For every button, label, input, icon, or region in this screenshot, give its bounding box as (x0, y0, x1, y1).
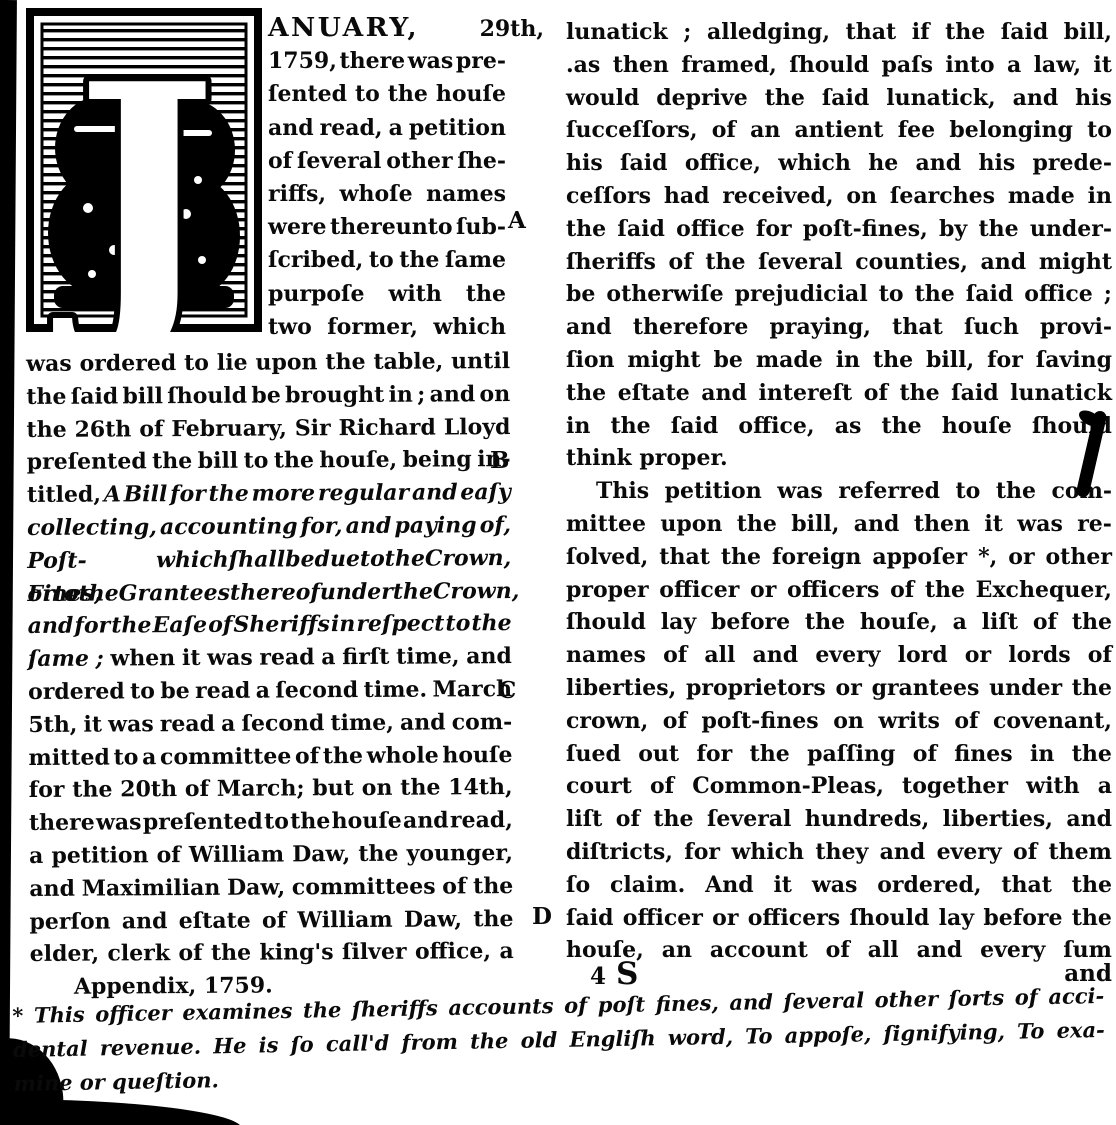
text-line: preſentedthebilltothehouſe,beingin- (27, 443, 511, 479)
word: counties, (855, 246, 968, 279)
word: the (899, 377, 939, 410)
word: Richard (339, 411, 436, 444)
word: being (403, 444, 472, 477)
word: a (499, 935, 513, 968)
word: ſaid (71, 380, 119, 413)
word: ſaid (566, 902, 613, 935)
word: word, (668, 1021, 734, 1055)
word: with (1026, 770, 1079, 803)
word: provi- (1040, 311, 1112, 344)
word: preſented (27, 446, 147, 480)
scan-edge-border (0, 0, 17, 1125)
word: lords (1008, 639, 1070, 672)
word: and (916, 147, 962, 180)
word: ſearches (890, 180, 995, 213)
word: into (945, 49, 994, 82)
word: be (566, 278, 595, 311)
word: William (189, 838, 284, 871)
word: the (79, 577, 119, 610)
text-line: .asthenframed,ſhouldpaſsintoalaw,it (566, 49, 1112, 82)
word: lunatick, (886, 82, 995, 115)
word: if (912, 16, 930, 49)
word: might (1039, 246, 1112, 279)
word: ſaid (966, 278, 1013, 311)
word: in (1030, 738, 1054, 771)
word: officers (748, 902, 840, 935)
word: be (285, 543, 315, 576)
word: the (750, 738, 790, 771)
word: might (627, 344, 700, 377)
word: 5th, (28, 708, 77, 741)
text-line: wasorderedtolieuponthetable,until (26, 345, 510, 381)
word: ſhould (849, 902, 929, 935)
word: ſo (566, 869, 590, 902)
word: names (426, 178, 506, 211)
word: 26th (74, 413, 131, 446)
word: framed, (681, 49, 777, 82)
word: under (989, 672, 1062, 705)
word: table, (373, 345, 443, 378)
dropcap-letter: J (52, 18, 217, 332)
word: fines (954, 738, 1012, 771)
word: of (954, 705, 978, 738)
word: was (26, 348, 72, 381)
word: elder, (30, 938, 100, 971)
text-line: ſionmightbemadeinthebill,forſaving (566, 344, 1112, 377)
word: the (358, 838, 398, 871)
word: fines, (655, 987, 719, 1021)
word: before (711, 606, 790, 639)
word: February, (171, 412, 287, 446)
word: out (638, 738, 679, 771)
word: the (325, 346, 365, 379)
word: of (1014, 981, 1038, 1014)
word: foreign (772, 541, 861, 574)
word: appoſer (872, 541, 967, 574)
text-line: properofficerorofficersoftheExchequer, (566, 574, 1112, 607)
word: ſhe- (457, 145, 506, 178)
word: were (268, 211, 327, 244)
word: which (731, 836, 804, 869)
word: ſorts (948, 982, 1004, 1016)
text-line: 1759,therewaspre- (268, 45, 506, 78)
word: ; (1104, 278, 1112, 311)
word: under- (1030, 213, 1112, 246)
word: the (111, 610, 151, 643)
word: ſaid (1001, 16, 1048, 49)
word: Exchequer, (976, 574, 1112, 607)
word: covenant, (993, 705, 1112, 738)
word: and (466, 640, 512, 673)
word: to (1087, 114, 1112, 147)
word: proper (566, 574, 649, 607)
word: read, (320, 112, 383, 145)
word: Daw, (227, 871, 285, 904)
word: it (1093, 49, 1112, 82)
word: of (262, 904, 286, 937)
text-line: ortotheGranteesthereofundertheCrown, (27, 575, 511, 611)
word: Sir (295, 412, 331, 445)
word: the (996, 475, 1036, 508)
text-line: woulddeprivetheſaidlunatick,andhis (566, 82, 1112, 115)
text-line: the26thofFebruary,SirRichardLloyd (26, 411, 510, 447)
text-line: ſentedtothehouſe (268, 78, 506, 111)
word: pre- (456, 45, 506, 78)
word: on (833, 705, 864, 738)
word: of (663, 705, 687, 738)
word: A (104, 479, 121, 512)
word: whoſe (340, 178, 413, 211)
word: mitted (28, 741, 110, 774)
word: Crown, (433, 575, 520, 608)
word: is (258, 1029, 278, 1062)
text-line: ſucceſſors,ofanantientfeebelongingto (566, 114, 1112, 147)
word: time, (396, 641, 460, 674)
text-line: andread,apetition (268, 112, 506, 145)
word: bill (122, 380, 163, 413)
text-line: ſame;whenitwasreadafirſttime,and (28, 640, 512, 676)
word: Daw, (404, 903, 462, 936)
word: an (662, 934, 692, 967)
word: the (881, 410, 921, 443)
word: under (320, 575, 393, 608)
word: prede- (1033, 147, 1112, 180)
word: liſt (566, 803, 602, 836)
word: of (663, 639, 687, 672)
word: as (835, 410, 862, 443)
word: Maximilian (82, 872, 221, 906)
word: titled, (27, 479, 101, 512)
left-column: wasorderedtolieuponthetable,untiltheſaid… (26, 345, 514, 1004)
word: And (705, 869, 753, 902)
word: the (466, 278, 506, 311)
word: of (1013, 836, 1037, 869)
word: to (113, 741, 138, 774)
word: lord (898, 639, 948, 672)
word: * (12, 1000, 24, 1033)
word: referred (838, 475, 940, 508)
word: bill, (1064, 16, 1112, 49)
word: together (902, 770, 1008, 803)
word: for (987, 344, 1023, 377)
word: exa- (1056, 1014, 1105, 1048)
word: poſt-fines (701, 705, 818, 738)
word: other (874, 983, 938, 1017)
word: ſaving (1036, 344, 1112, 377)
word: ſhould (566, 606, 646, 639)
word: to (243, 445, 268, 478)
text-line: andthereforepraying,thatſuchprovi- (566, 311, 1112, 344)
word: paſſing (807, 738, 895, 771)
word: his (978, 147, 1015, 180)
word: upon (660, 508, 722, 541)
word: the (1072, 738, 1112, 771)
word: reſpect (356, 608, 444, 641)
word: of (1088, 639, 1112, 672)
text-line: orderedtobereadaſecondtime.March (28, 673, 512, 709)
gutter-letter-D: D (532, 902, 552, 932)
word: eaſy (460, 476, 511, 509)
word: March; (217, 773, 305, 806)
word: to (360, 543, 385, 576)
word: it (773, 869, 792, 902)
word: ſhould (167, 379, 247, 412)
word: antient (795, 114, 884, 147)
word: every (937, 836, 1002, 869)
word: the (765, 82, 805, 115)
text-line: riffs,whoſenames (268, 178, 506, 211)
text-line: think proper. (566, 442, 1112, 475)
word: that (892, 311, 943, 344)
word: by (939, 213, 967, 246)
text-line: liberties,proprietorsorgranteesunderthe (566, 672, 1112, 705)
word: ſecond (275, 674, 358, 707)
word: appoſe, (784, 1018, 871, 1052)
word: and (981, 246, 1027, 279)
word: the (566, 213, 606, 246)
word: and (917, 934, 963, 967)
word: the (385, 542, 425, 575)
word: was (777, 475, 823, 508)
word: Daw, (292, 838, 350, 871)
word: collecting, (27, 511, 157, 545)
word: thereunto (330, 211, 453, 244)
word: petition (409, 112, 506, 145)
word: or (27, 577, 53, 610)
word: diſtricts, (566, 836, 673, 869)
text-line: theeſtateandintereſtoftheſaidlunatick (566, 377, 1112, 410)
word: lay (939, 902, 974, 935)
word: which (156, 544, 229, 577)
word: Crown, (425, 542, 512, 575)
word: the (274, 445, 314, 478)
word: a (142, 741, 156, 774)
word: ſhall (229, 543, 286, 576)
word: the (925, 574, 965, 607)
word: ſaid (620, 147, 667, 180)
word: but (312, 772, 354, 805)
word: ſucceſſors, (566, 114, 697, 147)
word: for (29, 774, 65, 807)
word: accounts (448, 990, 554, 1025)
word: then (613, 49, 669, 82)
text-line: ſoclaim.Anditwasordered,thatthe (566, 869, 1112, 902)
word: riffs, (268, 178, 326, 211)
word: re- (1077, 508, 1112, 541)
word: or (1008, 541, 1034, 574)
word: every (815, 639, 880, 672)
word: he (868, 147, 898, 180)
word: bill (198, 445, 239, 478)
word: intereſt (758, 377, 852, 410)
word: be (251, 379, 281, 412)
word: and (429, 378, 475, 411)
word: be (160, 675, 190, 708)
word: eſtate (179, 904, 251, 937)
word: made (756, 344, 823, 377)
word: ſheriffs (566, 246, 656, 279)
text-line: twoformer,which (268, 311, 506, 344)
word: of (442, 870, 466, 903)
word: Eaſe (152, 609, 207, 642)
word: petition (665, 475, 762, 508)
text-run: mine or queſtion. (13, 1067, 219, 1096)
word: ſeveral (297, 145, 381, 178)
word: of (178, 937, 202, 970)
word: revenue. (100, 1031, 202, 1066)
word: received, (722, 180, 833, 213)
word: lunatick (1010, 377, 1112, 410)
word: the (26, 381, 66, 414)
right-column: lunatick;alledging,thatiftheſaidbill,.as… (566, 16, 1112, 967)
word: for (756, 213, 792, 246)
word: of (185, 773, 209, 806)
word: officers (787, 574, 879, 607)
text-line: diſtricts,forwhichtheyandeveryofthem (566, 836, 1112, 869)
word: the (400, 772, 440, 805)
word: hundreds, (805, 803, 929, 836)
word: ordered, (877, 869, 981, 902)
word: was (207, 642, 253, 675)
text-line: purpoſewiththe (268, 278, 506, 311)
word: for, (301, 510, 343, 543)
word: officer (95, 997, 172, 1031)
word: 20th (120, 773, 177, 806)
gutter-letter-C: C (498, 676, 516, 706)
word: the (566, 377, 606, 410)
word: lunatick (566, 16, 668, 49)
word: ; (683, 16, 691, 49)
word: which (433, 311, 506, 344)
text-line: liſtoftheſeveralhundreds,liberties,and (566, 803, 1112, 836)
word: ſilver (342, 936, 407, 969)
word: the (209, 478, 249, 511)
text-line: mittedtoacommitteeofthewholehouſe (28, 739, 512, 775)
word: for (74, 610, 110, 643)
word: firſt (342, 641, 389, 674)
word: to (879, 278, 904, 311)
word: or (712, 902, 738, 935)
word: Grantees (119, 576, 230, 609)
word: the (611, 410, 651, 443)
word: account (710, 934, 808, 967)
word: to (355, 78, 380, 111)
scanned-book-page: J ANUARY,29th,1759,therewaspre-ſentedtot… (0, 0, 1116, 1125)
word: on (362, 772, 393, 805)
word: 14th, (448, 771, 513, 804)
text-line: ſheriffsoftheſeveralcounties,andmight (566, 246, 1112, 279)
word: ſuch (964, 311, 1019, 344)
word: the (473, 903, 513, 936)
word: the (388, 78, 428, 111)
word: the (323, 740, 363, 773)
word: other (386, 145, 452, 178)
word: ſeveral (783, 984, 864, 1018)
word: had (664, 180, 710, 213)
word: of (564, 989, 588, 1022)
word: the (152, 445, 192, 478)
word: in (1088, 180, 1112, 213)
word: ordered (79, 347, 176, 380)
word: was (96, 806, 142, 839)
word: the (873, 344, 913, 377)
word: lie (217, 347, 248, 380)
gutter-letter-B: B (490, 446, 509, 476)
word: To (745, 1020, 773, 1053)
word: office, (685, 147, 761, 180)
word: poſt (597, 988, 645, 1022)
word: ſignifying, (883, 1016, 1005, 1051)
word: houſe (442, 739, 512, 772)
word: king's (259, 936, 333, 969)
word: paſs (881, 49, 933, 82)
word: there (339, 45, 405, 78)
word: houſe (332, 805, 402, 838)
word: for (696, 738, 732, 771)
word: on (846, 180, 877, 213)
word: brought (285, 379, 384, 412)
text-line: ſuedoutforthepaſſingoffinesinthe (566, 738, 1112, 771)
word: former, (327, 311, 418, 344)
word: com- (452, 706, 513, 739)
word: liberties, (566, 672, 676, 705)
word: office (1024, 278, 1092, 311)
text-run: think proper. (566, 445, 728, 471)
word: petition (51, 839, 148, 872)
word: ſub- (456, 211, 506, 244)
word: ſame (445, 244, 506, 277)
signature-number: 4 (590, 963, 606, 990)
word: This (596, 475, 649, 508)
word: the (1072, 606, 1112, 639)
left-column-opening-lines: ANUARY,29th,1759,therewaspre-ſentedtothe… (268, 12, 506, 344)
word: ſhould (789, 49, 869, 82)
text-line: ſcribed,totheſame (268, 244, 506, 277)
word: ſo (290, 1029, 314, 1062)
word: ſaid (951, 377, 998, 410)
word: a (953, 606, 967, 639)
word: and (28, 610, 74, 643)
word: of (826, 934, 850, 967)
word: which (778, 147, 851, 180)
word: clerk (107, 937, 170, 970)
word: from (401, 1026, 458, 1060)
word: the (721, 541, 761, 574)
word: more (252, 477, 316, 510)
text-line: werethereuntoſub- (268, 211, 506, 244)
word: to (54, 577, 79, 610)
word: law, (1034, 49, 1081, 82)
text-line: theſaidofficeforpoſt-fines,bytheunder- (566, 213, 1112, 246)
word: He (213, 1030, 247, 1063)
word: would (566, 82, 639, 115)
text-line: 5th,itwasreadaſecondtime,andcom- (28, 706, 512, 742)
word: a (256, 674, 270, 707)
word: then (914, 508, 970, 541)
word: liſt (982, 606, 1018, 639)
word: the (393, 575, 433, 608)
word: whole (367, 739, 439, 772)
word: ſheriffs (352, 992, 438, 1026)
word: This (34, 999, 85, 1033)
word: to (130, 675, 155, 708)
word: be (714, 344, 743, 377)
word: read (195, 675, 250, 708)
word: Common-Pleas, (692, 770, 884, 803)
word: for (684, 836, 720, 869)
word: or (965, 639, 991, 672)
word: Engliſh (569, 1022, 656, 1056)
